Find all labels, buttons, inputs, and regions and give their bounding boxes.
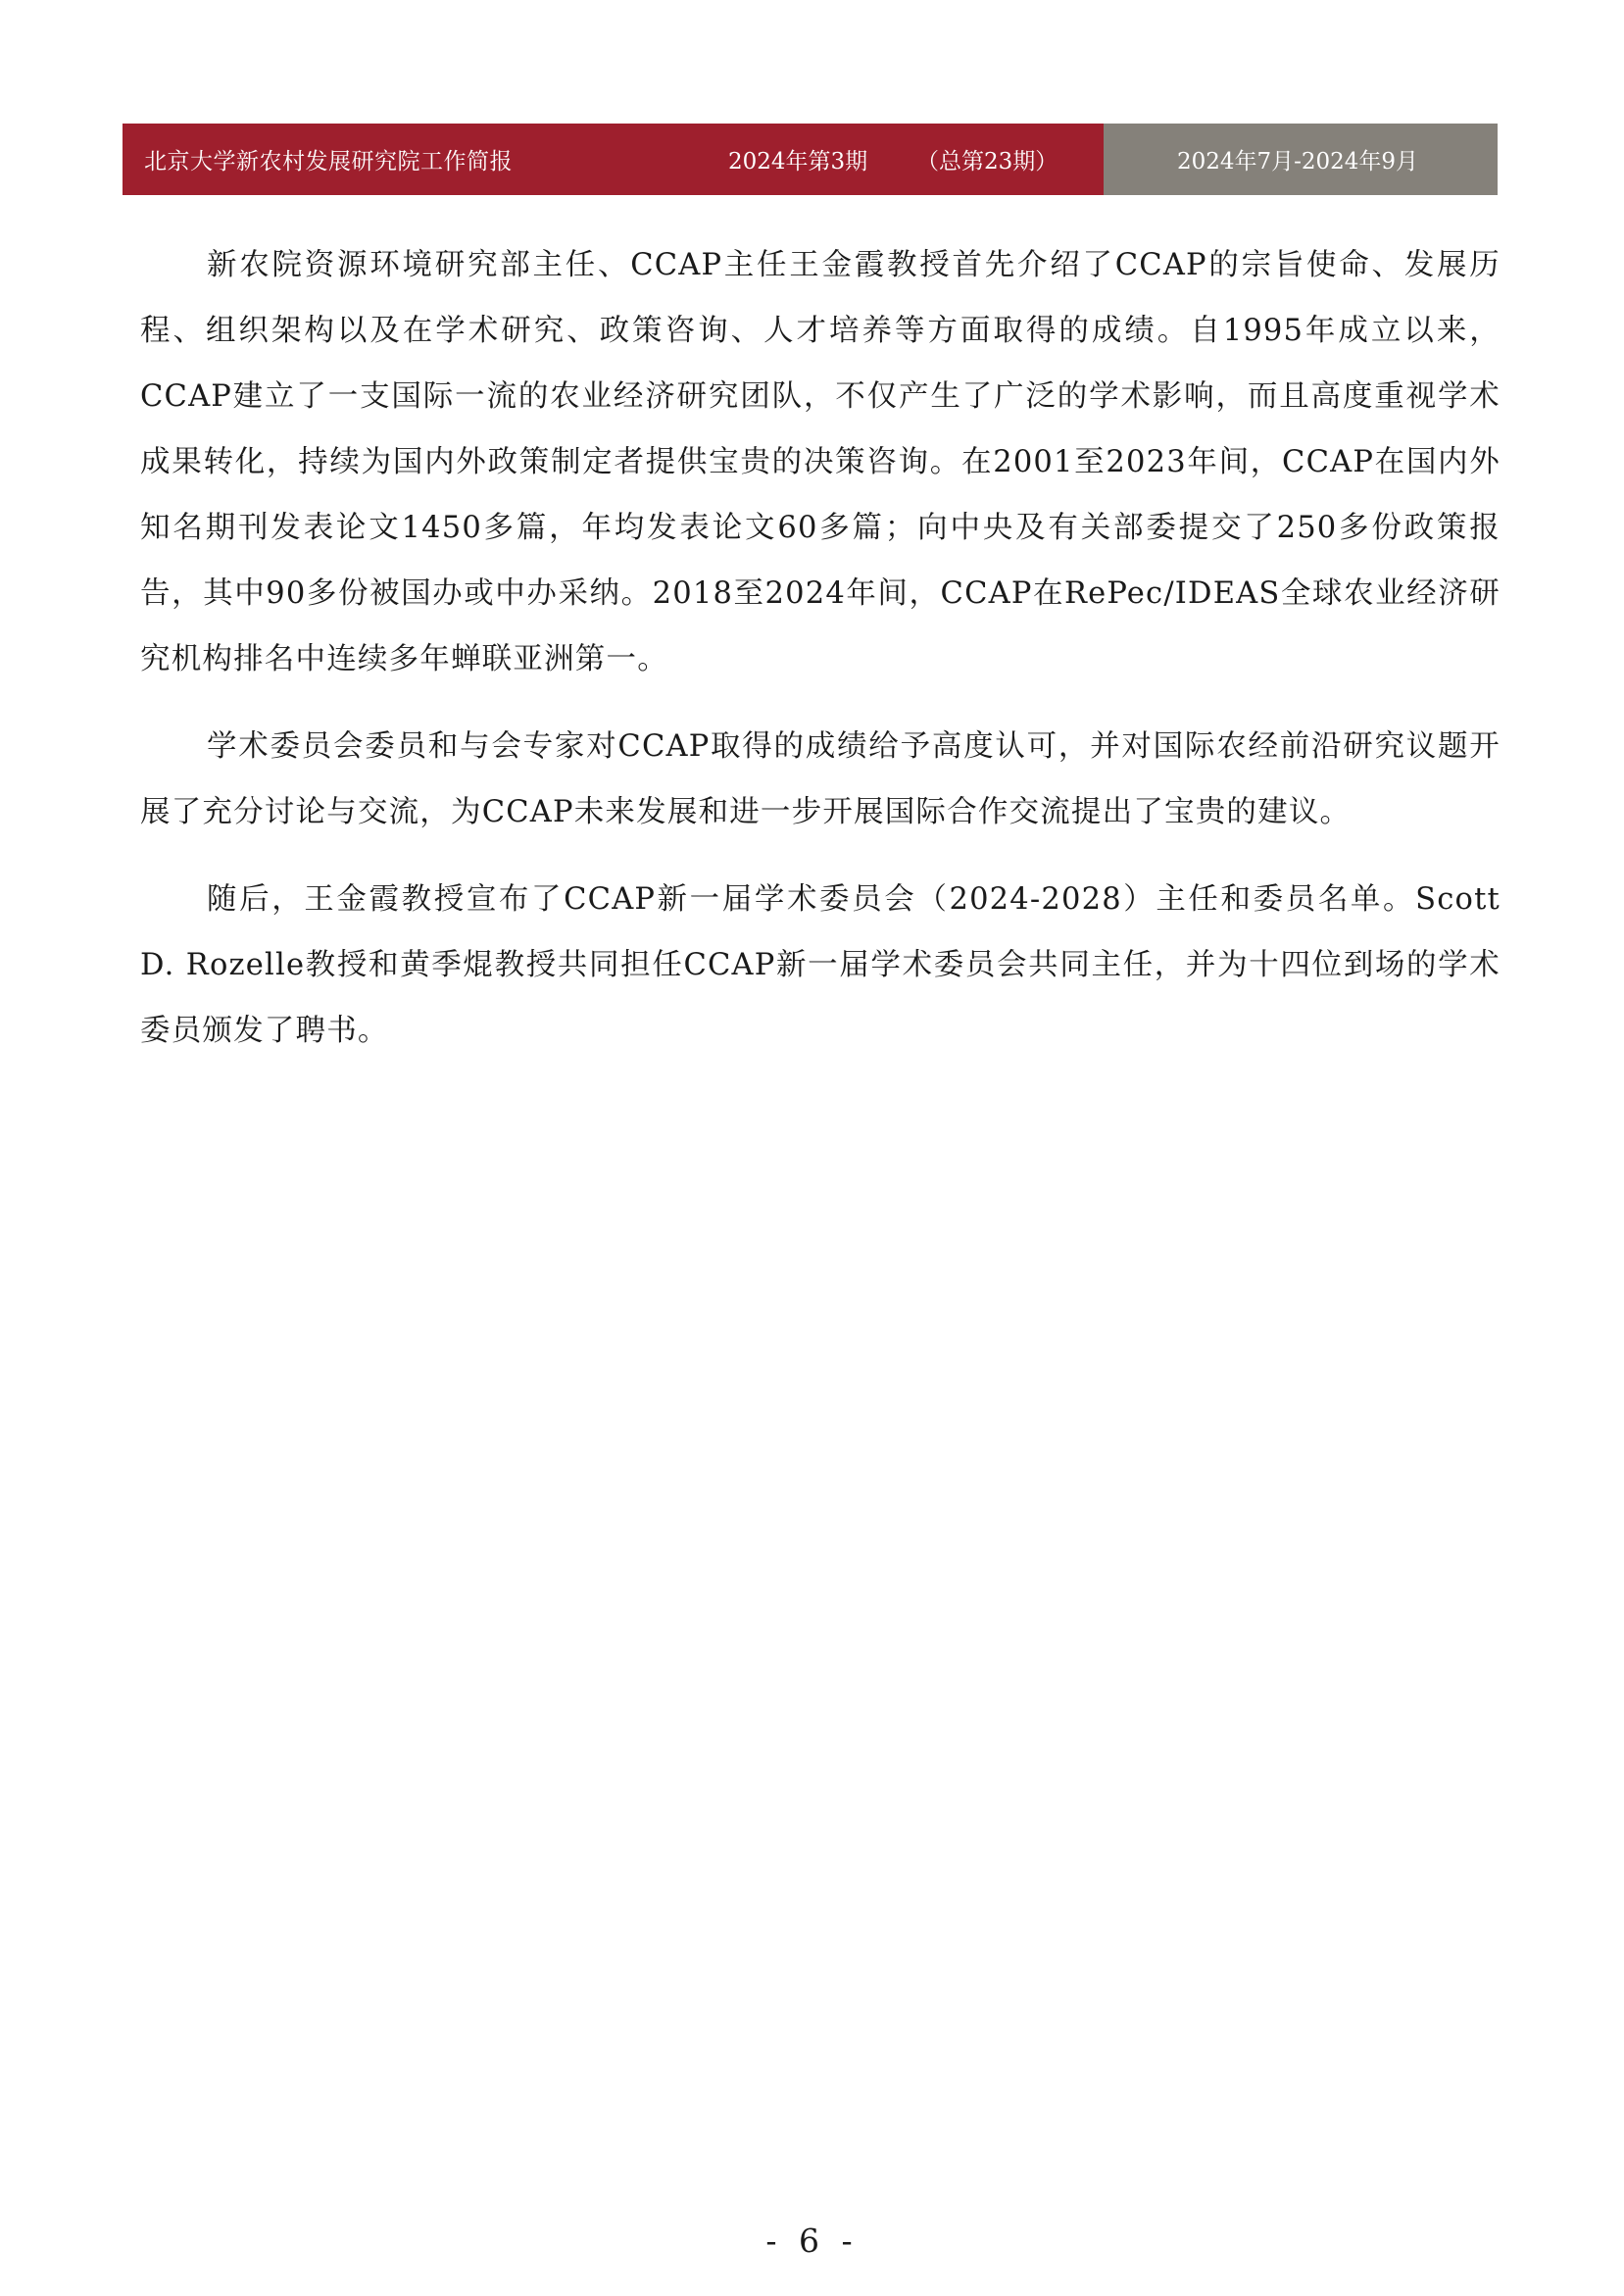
- page-number: - 6 -: [0, 2221, 1624, 2260]
- paragraph-new-committee: 随后，王金霞教授宣布了CCAP新一届学术委员会（2024-2028）主任和委员名…: [140, 867, 1501, 1064]
- paragraph-expert-feedback: 学术委员会委员和与会专家对CCAP取得的成绩给予高度认可，并对国际农经前沿研究议…: [140, 714, 1501, 845]
- body-text: 新农院资源环境研究部主任、CCAP主任王金霞教授首先介绍了CCAP的宗旨使命、发…: [140, 232, 1501, 1085]
- total-issue-number: （总第23期）: [916, 124, 1058, 195]
- header-primary-block: 北京大学新农村发展研究院工作简报 2024年第3期 （总第23期）: [123, 124, 1104, 195]
- reporting-period: 2024年7月-2024年9月: [1177, 143, 1424, 175]
- publication-title: 北京大学新农村发展研究院工作简报: [144, 124, 513, 195]
- running-header: 北京大学新农村发展研究院工作简报 2024年第3期 （总第23期） 2024年7…: [123, 124, 1498, 195]
- issue-number: 2024年第3期: [728, 124, 867, 195]
- header-secondary-block: 2024年7月-2024年9月: [1104, 124, 1498, 195]
- paragraph-ccap-achievements: 新农院资源环境研究部主任、CCAP主任王金霞教授首先介绍了CCAP的宗旨使命、发…: [140, 232, 1501, 692]
